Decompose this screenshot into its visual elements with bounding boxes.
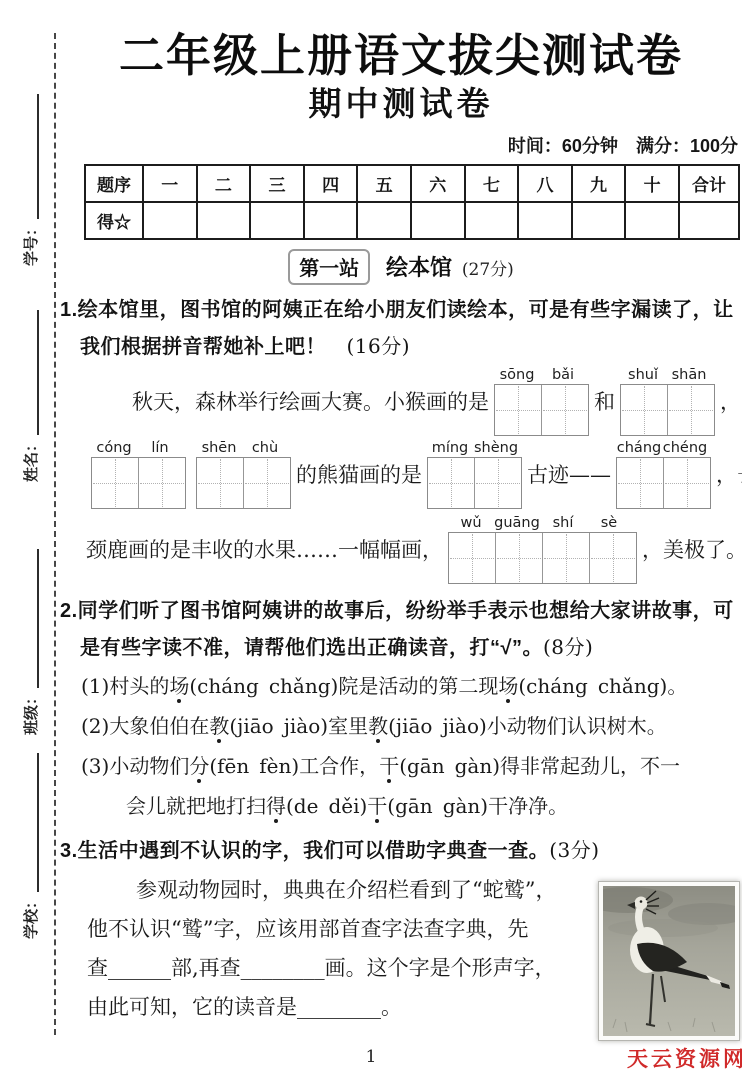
binding-field-label: 学校：: [20, 894, 41, 939]
q1-fill-line-2: cónglín shēnchù 的熊猫画的是 míngshèng 古迹—— ch…: [86, 440, 742, 509]
score-cell-empty: [250, 202, 304, 239]
pinyin-label: shuǐ: [620, 367, 666, 383]
q1-fill-line-3: 颈鹿画的是丰收的水果……一幅幅画， wǔguāngshísè ，美极了。: [86, 515, 742, 584]
binding-field: 班级：: [10, 549, 50, 735]
writing-cell: [197, 458, 244, 508]
q2-item-2: (2)大象伯伯在教(jiāo jiào)室里教(jiāo jiào)小动物们认识…: [81, 706, 742, 746]
binding-field-blank: [21, 549, 38, 688]
pinyin-label: shēn: [196, 440, 242, 456]
score-cell-empty: [679, 202, 739, 239]
pinyin-label: lín: [137, 440, 183, 456]
q3-statement: 3.生活中遇到不认识的字，我们可以借助字典查一查。(3分): [60, 832, 742, 869]
writing-cell: [617, 458, 664, 508]
writing-cell: [496, 533, 543, 583]
writing-cell: [92, 458, 139, 508]
pinyin-label: chéng: [662, 440, 708, 456]
test-paper: 二年级上册语文拔尖测试卷 期中测试卷 时间：60分钟 满分：100分 题序一二三…: [60, 0, 742, 1061]
binding-field-label: 班级：: [20, 690, 41, 735]
emphasis-dot-char: 教: [368, 714, 388, 738]
score-cell-empty: [572, 202, 626, 239]
binding-sidebar: 学号：姓名：班级：学校：: [0, 0, 58, 1079]
binding-field: 学号：: [10, 94, 50, 266]
score-cell-empty: [357, 202, 411, 239]
binding-field: 姓名：: [10, 310, 50, 482]
page-title: 二年级上册语文拔尖测试卷: [60, 28, 742, 84]
q3-line-3: 查______部,再查________画。这个字是个形声字，: [87, 949, 595, 988]
pinyin-writing-box-shen-chu: shēnchù: [196, 440, 291, 509]
score-row-label: 得☆: [85, 202, 143, 239]
q2-statement-line2: 是有些字读不准，请帮他们选出正确读音，打“√”。(8分): [80, 629, 742, 666]
pinyin-writing-box-song-bai: sōngbǎi: [494, 367, 589, 436]
writing-cell: [668, 385, 714, 435]
emphasis-dot-char: 教: [209, 714, 229, 738]
score-table-column-header: 二: [197, 165, 251, 202]
secretary-bird-photo: [598, 881, 740, 1041]
pinyin-label: sè: [586, 515, 632, 531]
q2-item-3: (3)小动物们分(fēn fèn)工合作，干(gān gàn)得非常起劲儿，不一: [81, 746, 742, 786]
writing-cell: [449, 533, 496, 583]
score-cell-empty: [143, 202, 197, 239]
binding-field-blank: [21, 94, 38, 219]
emphasis-dot-char: 干: [367, 794, 387, 818]
pinyin-label: sōng: [494, 367, 540, 383]
q1-text: ，: [720, 386, 741, 416]
score-table-column-header: 五: [357, 165, 411, 202]
exam-meta: 时间：60分钟 满分：100分: [60, 132, 738, 158]
question-3: 3.生活中遇到不认识的字，我们可以借助字典查一查。(3分) 参观动物园时，典典在…: [60, 832, 742, 1061]
q3-line-2: 他不认识“鹫”字，应该用部首查字法查字典，先: [87, 910, 595, 949]
binding-field-blank: [21, 753, 38, 892]
q1-fill-line-1: 秋天，森林举行绘画大赛。小猴画的是 sōngbǎi 和 shuǐshān ，: [132, 367, 742, 436]
q2-item-1: (1)村头的场(cháng chǎng)院是活动的第二现场(cháng chǎn…: [81, 666, 742, 706]
score-table-column-header: 十: [625, 165, 679, 202]
q2-statement-line1: 2.同学们听了图书馆阿姨讲的故事后，纷纷举手表示也想给大家讲故事，可: [60, 593, 742, 629]
score-table: 题序一二三四五六七八九十合计得☆: [84, 164, 740, 240]
secretary-bird-illustration: [603, 886, 735, 1036]
emphasis-dot-char: 干: [379, 754, 399, 778]
q3-points: (3分): [549, 838, 599, 862]
writing-cell: [664, 458, 710, 508]
q1-text: 秋天，森林举行绘画大赛。小猴画的是: [132, 386, 489, 416]
section-title: 绘本馆: [386, 255, 452, 280]
q1-text: 古迹——: [527, 459, 611, 489]
pinyin-writing-box-cong-lin: cónglín: [91, 440, 186, 509]
writing-cell: [139, 458, 185, 508]
q2-item-3-continued: 会儿就把地打扫得(de děi)干(gān gàn)干净净。: [126, 786, 742, 826]
pinyin-label: míng: [427, 440, 473, 456]
pinyin-label: bǎi: [540, 367, 586, 383]
pinyin-writing-box-shui-shan: shuǐshān: [620, 367, 715, 436]
page-subtitle: 期中测试卷: [60, 84, 742, 124]
score-table-column-header: 七: [465, 165, 519, 202]
watermark: 天云资源网: [627, 1043, 742, 1073]
score-cell-empty: [197, 202, 251, 239]
score-table-column-header: 四: [304, 165, 358, 202]
writing-cell: [621, 385, 668, 435]
q1-text: ，长: [716, 459, 742, 489]
pinyin-writing-box-wu-guang-shi-se: wǔguāngshísè: [448, 515, 637, 584]
score-table-column-header: 一: [143, 165, 197, 202]
q3-line-1: 参观动物园时，典典在介绍栏看到了“蛇鹫”，: [136, 871, 595, 910]
writing-cell: [542, 385, 588, 435]
writing-cell: [428, 458, 475, 508]
score-table-column-header: 三: [250, 165, 304, 202]
score-table-column-header: 九: [572, 165, 626, 202]
pinyin-writing-box-ming-sheng: míngshèng: [427, 440, 522, 509]
exam-full-score: 满分：100分: [636, 136, 738, 156]
binding-dashed-line: [54, 33, 56, 1035]
binding-field-label: 姓名：: [20, 437, 41, 482]
emphasis-dot-char: 场: [169, 674, 189, 698]
station-badge: 第一站: [288, 249, 370, 285]
q1-statement-line1: 1.绘本馆里，图书馆的阿姨正在给小朋友们读绘本，可是有些字漏读了，让: [60, 292, 742, 328]
q1-text: ，美极了。: [642, 534, 742, 564]
q1-text: 和: [594, 386, 615, 416]
score-cell-empty: [411, 202, 465, 239]
score-cell-empty: [518, 202, 572, 239]
writing-cell: [475, 458, 521, 508]
section-1-header: 第一站 绘本馆 (27分): [60, 249, 742, 285]
q3-paragraph: 参观动物园时，典典在介绍栏看到了“蛇鹫”， 他不认识“鹫”字，应该用部首查字法查…: [60, 871, 595, 1027]
pinyin-label: cháng: [616, 440, 662, 456]
score-table-column-header: 合计: [679, 165, 739, 202]
writing-cell: [244, 458, 290, 508]
binding-field-blank: [21, 310, 38, 435]
binding-field: 学校：: [10, 753, 50, 939]
q1-statement-line2: 我们根据拼音帮她补上吧！ (16分): [80, 328, 742, 365]
emphasis-dot-char: 场: [498, 674, 518, 698]
emphasis-dot-char: 得: [266, 794, 286, 818]
emphasis-dot-char: 分: [189, 754, 209, 778]
score-cell-empty: [304, 202, 358, 239]
exam-time: 时间：60分钟: [508, 136, 618, 156]
question-1: 1.绘本馆里，图书馆的阿姨正在给小朋友们读绘本，可是有些字漏读了，让 我们根据拼…: [60, 292, 742, 584]
section-points: (27分): [462, 260, 514, 280]
pinyin-label: shí: [540, 515, 586, 531]
writing-cell: [590, 533, 636, 583]
question-2: 2.同学们听了图书馆阿姨讲的故事后，纷纷举手表示也想给大家讲故事，可 是有些字读…: [60, 593, 742, 826]
pinyin-label: wǔ: [448, 515, 494, 531]
pinyin-label: guāng: [494, 515, 540, 531]
q1-points: (16分): [347, 334, 411, 358]
pinyin-label: chù: [242, 440, 288, 456]
q2-points: (8分): [543, 635, 593, 659]
pinyin-label: shān: [666, 367, 712, 383]
score-table-column-header: 六: [411, 165, 465, 202]
score-cell-empty: [465, 202, 519, 239]
score-cell-empty: [625, 202, 679, 239]
score-table-corner-cell: 题序: [85, 165, 143, 202]
binding-field-label: 学号：: [20, 221, 41, 266]
q3-line-4: 由此可知，它的读音是________。: [87, 988, 595, 1027]
pinyin-label: cóng: [91, 440, 137, 456]
q1-text: 颈鹿画的是丰收的水果……一幅幅画，: [86, 534, 443, 564]
score-table-column-header: 八: [518, 165, 572, 202]
q1-text: 的熊猫画的是: [296, 459, 422, 489]
pinyin-label: shèng: [473, 440, 519, 456]
writing-cell: [495, 385, 542, 435]
writing-cell: [543, 533, 590, 583]
pinyin-writing-box-chang-cheng: chángchéng: [616, 440, 711, 509]
